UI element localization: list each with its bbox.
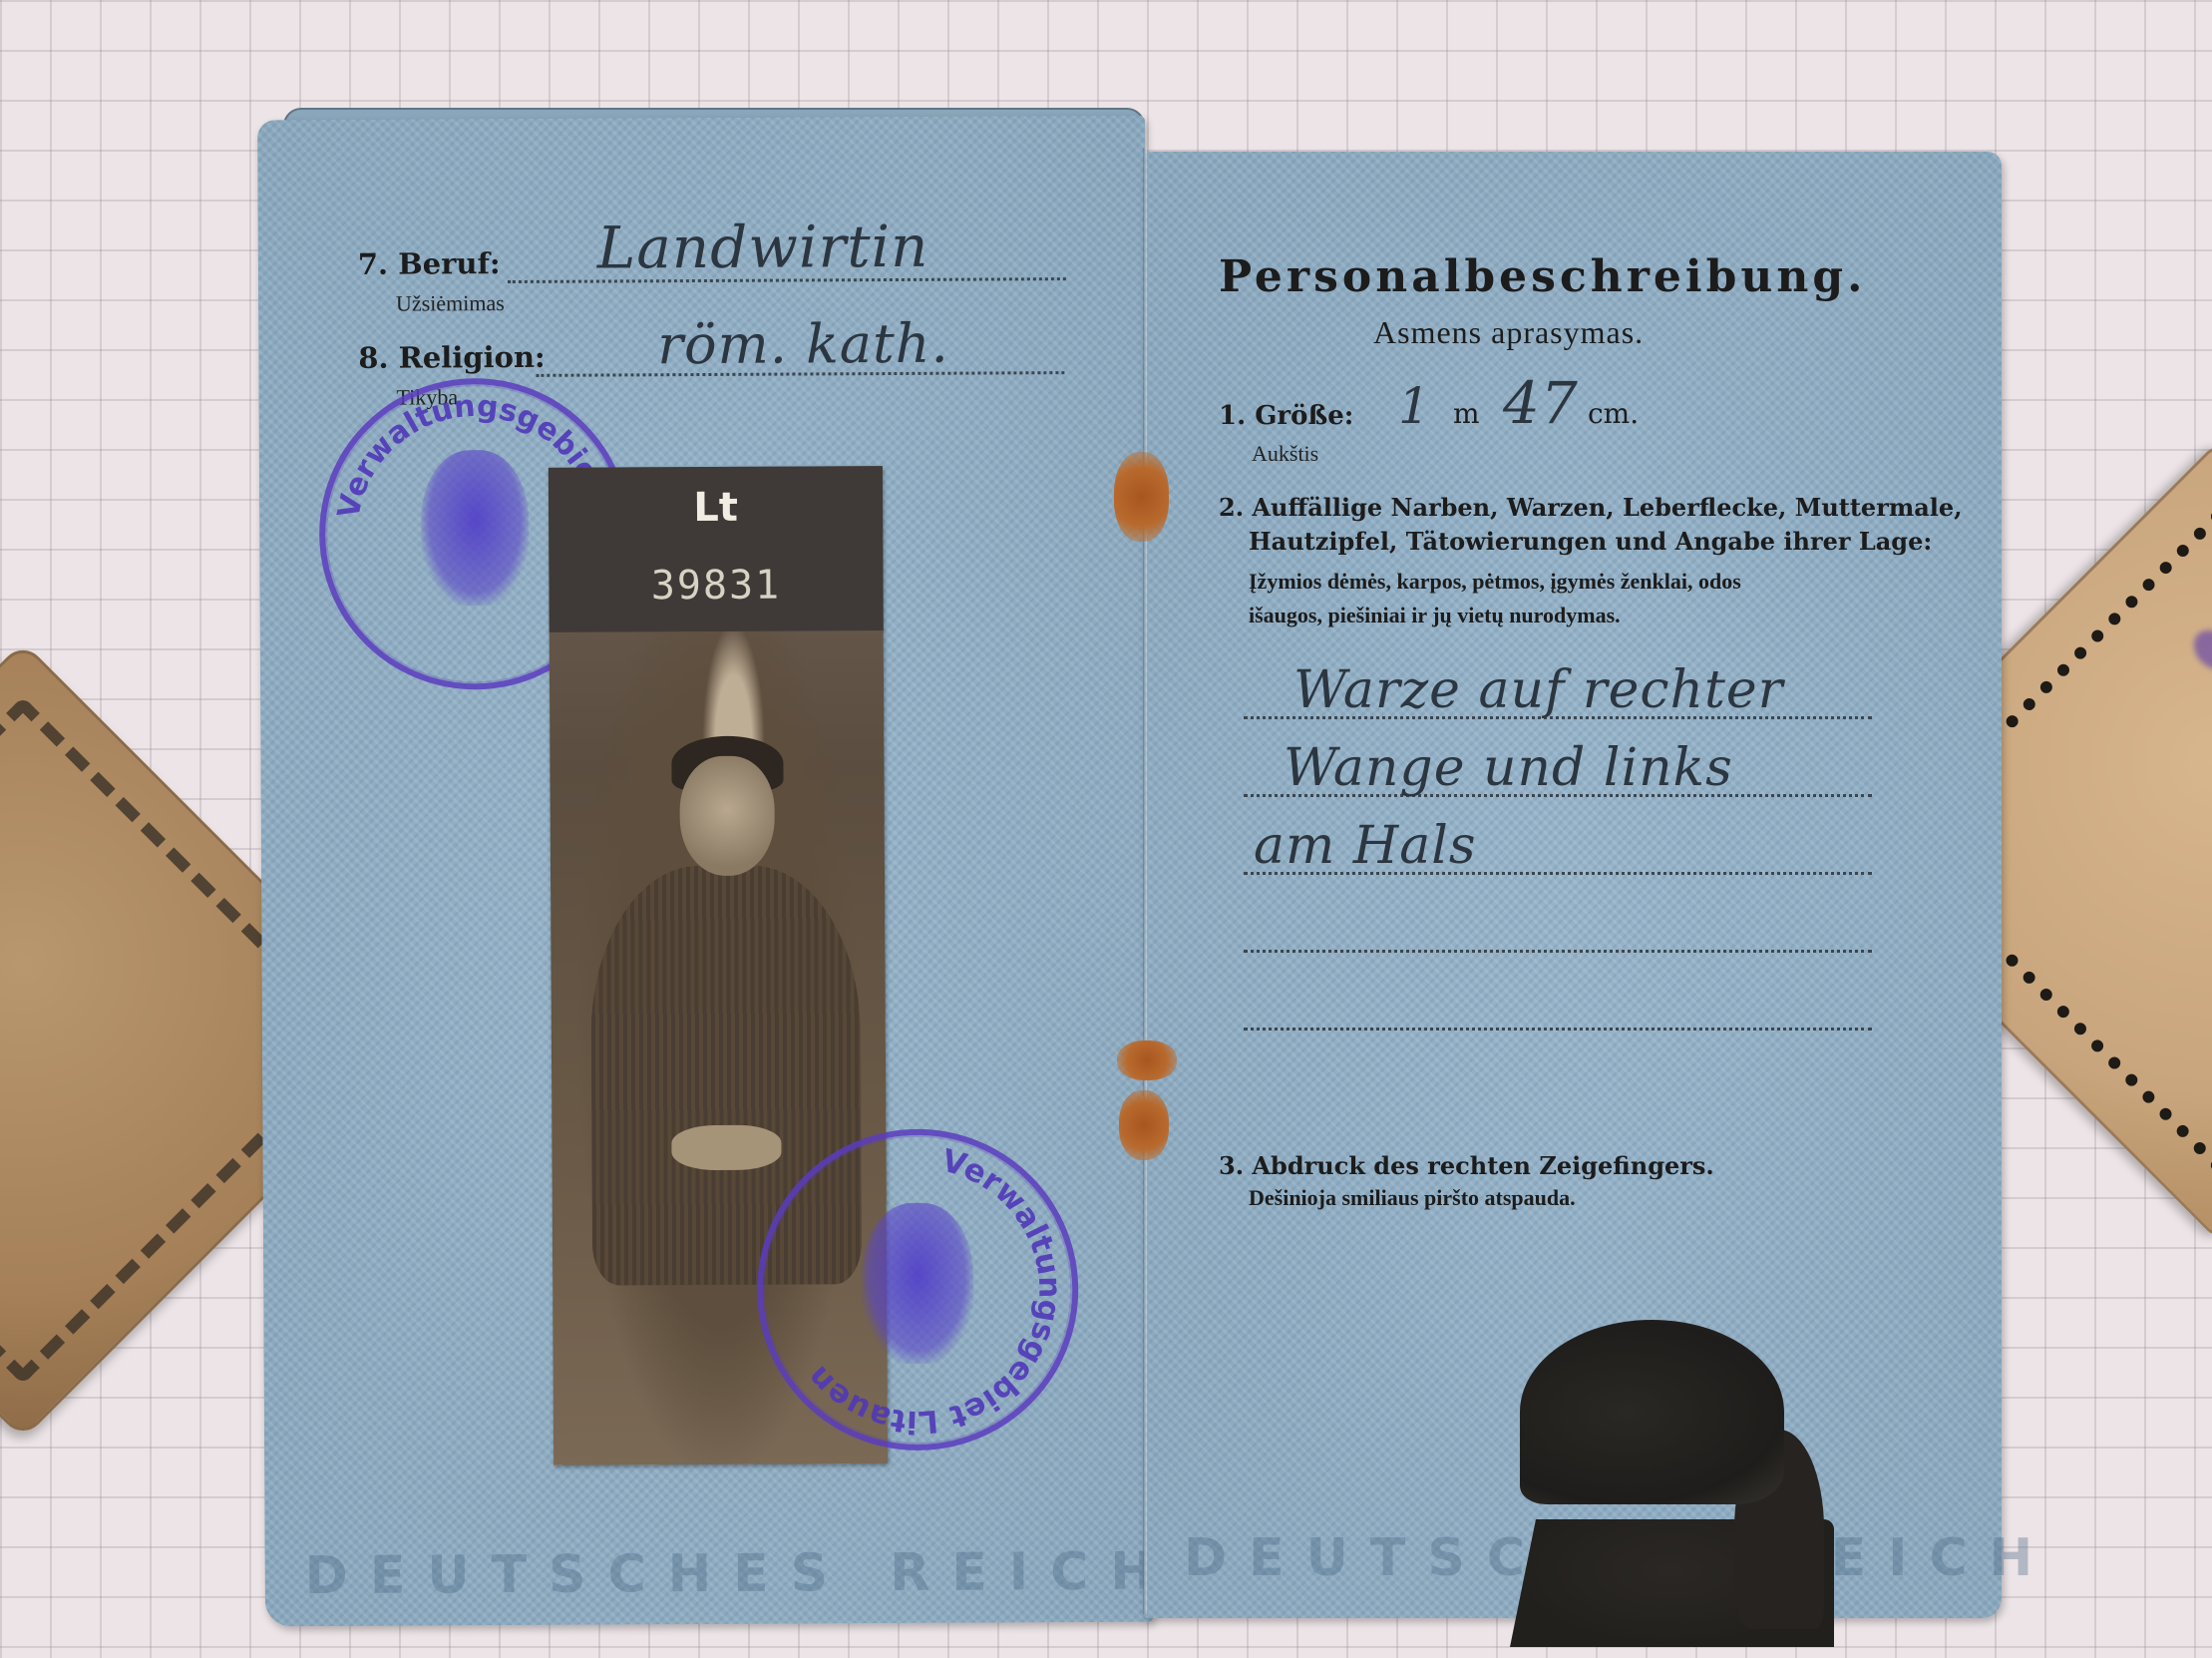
handwritten-meters: 1: [1398, 377, 1431, 435]
label-german: Religion:: [399, 340, 546, 375]
identity-card: 7. Beruf: Landwirtin Užsiėmimas 8. Relig…: [261, 108, 2001, 1634]
unit-centimeters: cm.: [1588, 397, 1639, 430]
label-german: Auffällige Narben, Warzen, Leberflecke, …: [1252, 493, 1962, 522]
page-subtitle: Asmens aprasymas.: [1373, 314, 1644, 351]
field-marks-label: 2. Auffällige Narben, Warzen, Leberfleck…: [1219, 493, 1963, 522]
center-fold: [1143, 148, 1147, 1614]
field-number: 3.: [1219, 1151, 1244, 1180]
handwritten-centimeters: 47: [1503, 369, 1579, 437]
field-number: 2.: [1219, 493, 1244, 522]
left-page: 7. Beruf: Landwirtin Užsiėmimas 8. Relig…: [257, 116, 1153, 1627]
rust-stain-staple: [1114, 452, 1169, 542]
field-occupation-label-lt: Užsiėmimas: [396, 290, 505, 317]
rust-stain-staple: [1117, 1040, 1177, 1080]
field-fingerprint-label: 3. Abdruck des rechten Zeigefingers.: [1219, 1151, 1714, 1180]
dotted-line: [1244, 1028, 1872, 1031]
handwritten-marks-line: Warze auf rechter: [1293, 660, 1784, 720]
handwritten-marks-line: am Hals: [1254, 816, 1477, 876]
watermark: DEUTSCHES REICH: [305, 1542, 1176, 1607]
person-face: [679, 756, 775, 876]
photo-series: Lt: [549, 484, 883, 532]
official-stamp: Verwaltungsgebiet Litauen: [756, 1128, 1079, 1451]
page-title: Personalbeschreibung.: [1219, 251, 1866, 302]
photo-number: 39831: [549, 562, 883, 610]
handwritten-occupation: Landwirtin: [597, 212, 929, 282]
unit-meters: m: [1453, 397, 1480, 430]
field-marks-label-line2: Hautzipfel, Tätowierungen und Angabe ihr…: [1249, 527, 1932, 556]
field-number: 8.: [358, 341, 388, 375]
handwritten-marks-line: Wange und links: [1284, 738, 1733, 798]
field-occupation-label: 7. Beruf:: [358, 246, 501, 281]
field-height-label-lt: Aukštis: [1252, 441, 1318, 467]
handwritten-religion: röm. kath.: [657, 312, 949, 377]
field-marks-label-lt-line2: išaugos, piešiniai ir jų vietų nurodymas…: [1249, 603, 1621, 628]
label-german: Abdruck des rechten Zeigefingers.: [1252, 1151, 1713, 1180]
rust-stain-staple: [1119, 1090, 1169, 1160]
field-religion-label: 8. Religion:: [358, 340, 546, 375]
field-number: 7.: [358, 247, 388, 281]
field-fingerprint-label-lt: Dešinioja smiliaus piršto atspauda.: [1249, 1185, 1576, 1211]
field-height-label: 1. Größe:: [1219, 401, 1353, 431]
svg-text:Verwaltungsgebiet Litauen: Verwaltungsgebiet Litauen: [799, 1142, 1068, 1441]
dotted-line: [1244, 950, 1872, 953]
field-marks-label-lt: Įžymios dėmės, karpos, pėtmos, įgymės že…: [1249, 569, 1741, 595]
fingerprint-upper: [1520, 1320, 1784, 1504]
fingerprint-impression: [1510, 1320, 1829, 1649]
label-german: Größe:: [1255, 401, 1353, 431]
photo-id-plate: Lt 39831: [549, 466, 884, 632]
stamp-ring-text: Verwaltungsgebiet Litauen: [762, 1134, 1073, 1446]
label-german: Beruf:: [398, 246, 501, 281]
field-number: 1.: [1219, 401, 1246, 431]
